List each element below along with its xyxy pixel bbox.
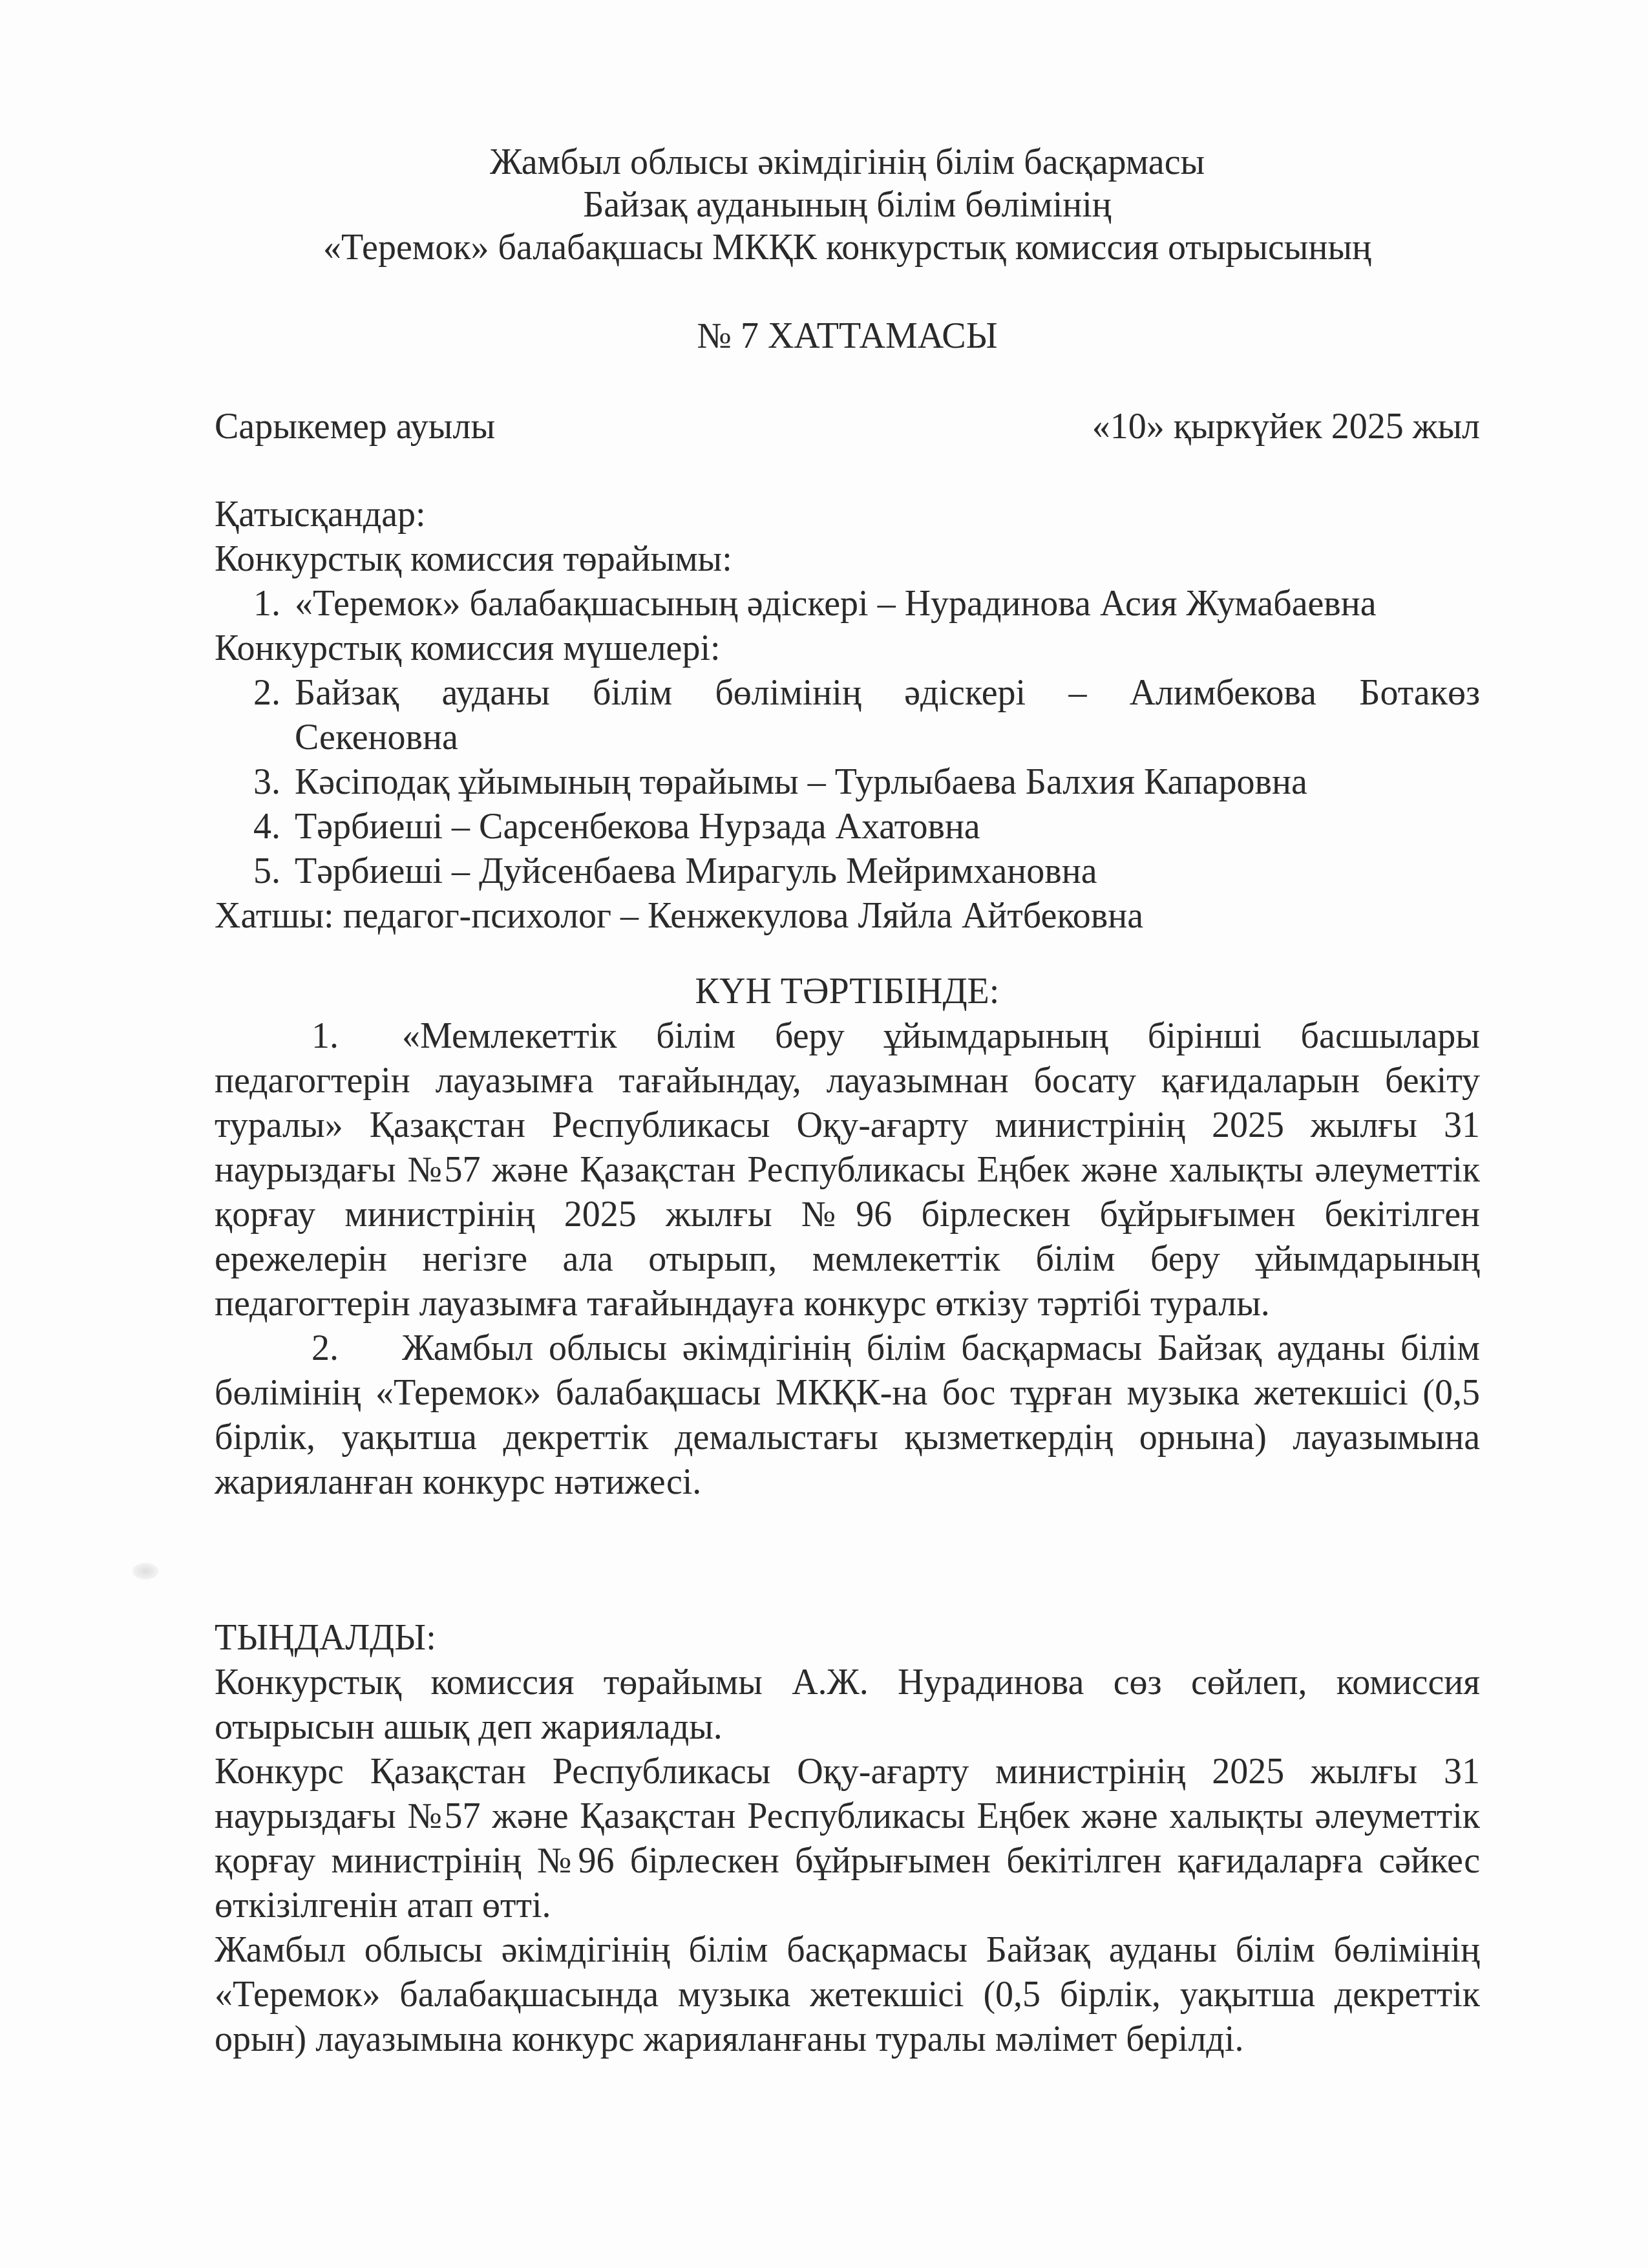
place: Сарыкемер ауылы — [215, 405, 495, 449]
document-title: № 7 ХАТТАМАСЫ — [215, 314, 1480, 359]
participants-section: Қатысқандар: Конкурстық комиссия төрайым… — [215, 493, 1480, 938]
item-number: 2. — [253, 671, 295, 760]
agenda-item: 2.Жамбыл облысы әкімдігінің білім басқар… — [215, 1326, 1480, 1505]
chair-item: 1. «Теремок» балабақшасының әдіскері – Н… — [215, 582, 1480, 626]
item-number: 2. — [312, 1326, 402, 1371]
member-item: 3. Кәсіподақ ұйымының төрайымы – Турлыба… — [215, 760, 1480, 805]
item-text: Кәсіподақ ұйымының төрайымы – Турлыбаева… — [295, 760, 1480, 805]
item-text: «Мемлекеттік білім беру ұйымдарының бірі… — [215, 1016, 1480, 1324]
scan-speck — [132, 1563, 158, 1580]
listened-paragraph: Жамбыл облысы әкімдігінің білім басқарма… — [215, 1928, 1480, 2062]
item-text: Байзақ ауданы білім бөлімінің әдіскері –… — [295, 671, 1480, 760]
agenda-section: КҮН ТӘРТІБІНДЕ: 1.«Мемлекеттік білім бер… — [215, 970, 1480, 1505]
member-item: 4. Тәрбиеші – Сарсенбекова Нурзада Ахато… — [215, 805, 1480, 849]
listened-heading: ТЫҢДАЛДЫ: — [215, 1616, 1480, 1660]
item-number: 1. — [253, 582, 295, 626]
document-header: Жамбыл облысы әкімдігінің білім басқарма… — [215, 141, 1480, 269]
listened-section: ТЫҢДАЛДЫ: Конкурстық комиссия төрайымы А… — [215, 1616, 1480, 2062]
chair-heading: Конкурстық комиссия төрайымы: — [215, 537, 1480, 582]
item-number: 1. — [312, 1014, 402, 1059]
item-number: 3. — [253, 760, 295, 805]
item-text: Тәрбиеші – Дуйсенбаева Мирагуль Мейримха… — [295, 849, 1480, 894]
agenda-heading: КҮН ТӘРТІБІНДЕ: — [215, 970, 1480, 1014]
header-line-2: Байзақ ауданының білім бөлімінің — [215, 184, 1480, 226]
item-text: Жамбыл облысы әкімдігінің білім басқарма… — [215, 1328, 1480, 1502]
secretary: Хатшы: педагог-психолог – Кенжекулова Ля… — [215, 894, 1480, 938]
members-heading: Конкурстық комиссия мүшелері: — [215, 626, 1480, 671]
listened-paragraph: Конкурстық комиссия төрайымы А.Ж. Нуради… — [215, 1660, 1480, 1750]
item-number: 4. — [253, 805, 295, 849]
member-item: 2. Байзақ ауданы білім бөлімінің әдіскер… — [215, 671, 1480, 760]
item-text: «Теремок» балабақшасының әдіскері – Нура… — [295, 582, 1480, 626]
place-date-row: Сарыкемер ауылы «10» қыркүйек 2025 жыл — [215, 405, 1480, 449]
member-item: 5. Тәрбиеші – Дуйсенбаева Мирагуль Мейри… — [215, 849, 1480, 894]
item-number: 5. — [253, 849, 295, 894]
header-line-3: «Теремок» балабақшасы МКҚК конкурстық ко… — [215, 226, 1480, 269]
agenda-item: 1.«Мемлекеттік білім беру ұйымдарының бі… — [215, 1014, 1480, 1326]
participants-heading: Қатысқандар: — [215, 493, 1480, 537]
listened-paragraph: Конкурс Қазақстан Республикасы Оқу-ағарт… — [215, 1750, 1480, 1928]
header-line-1: Жамбыл облысы әкімдігінің білім басқарма… — [215, 141, 1480, 184]
date: «10» қыркүйек 2025 жыл — [1092, 405, 1480, 449]
item-text: Тәрбиеші – Сарсенбекова Нурзада Ахатовна — [295, 805, 1480, 849]
